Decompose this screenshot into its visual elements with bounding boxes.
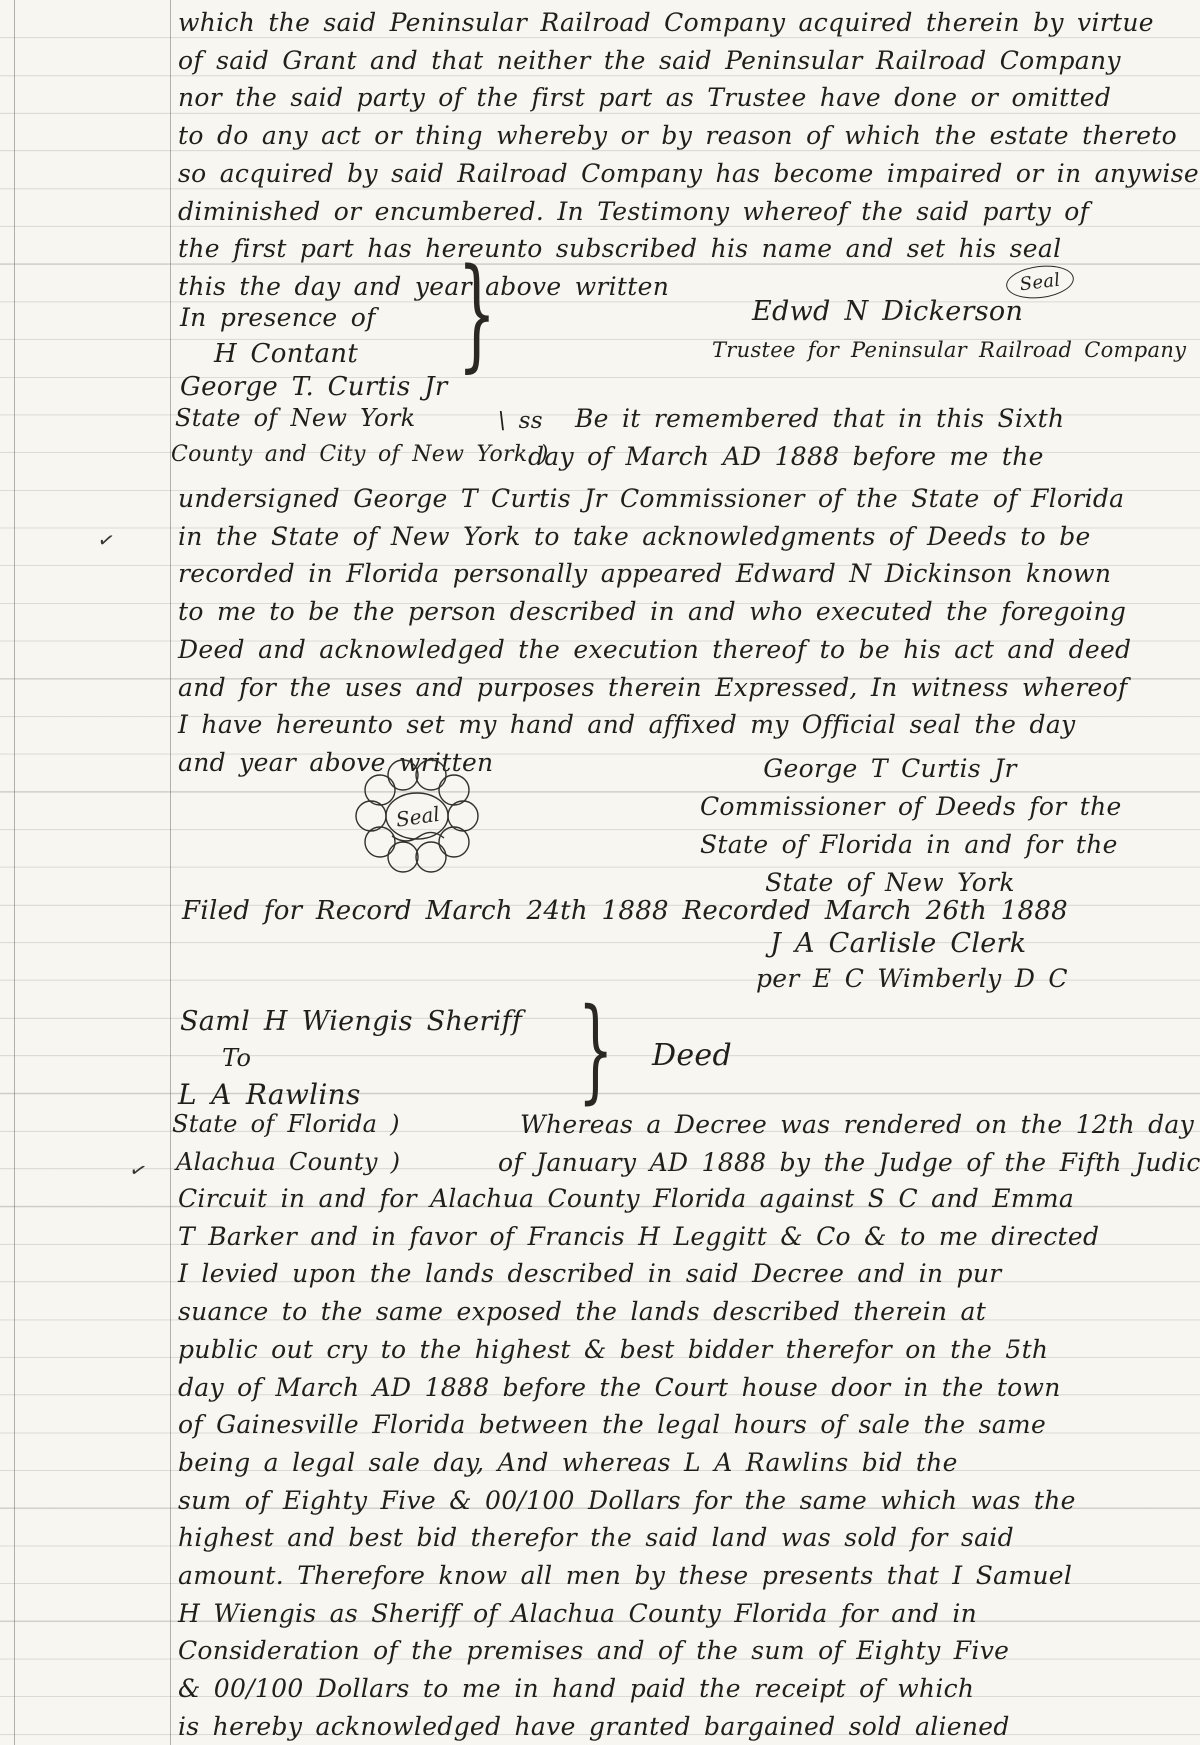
- handwritten-line: T Barker and in favor of Francis H Leggi…: [178, 1218, 1099, 1256]
- grantor-signature: Edwd N Dickerson: [752, 296, 1023, 327]
- handwritten-line: which the said Peninsular Railroad Compa…: [178, 4, 1199, 42]
- handwritten-line: nor the said party of the first part as …: [178, 79, 1199, 117]
- ack-venue-county: County and City of New York ): [171, 442, 549, 467]
- handwritten-line: I have hereunto set my hand and affixed …: [178, 706, 1131, 744]
- handwritten-line: & 00/100 Dollars to me in hand paid the …: [178, 1670, 1099, 1708]
- handwritten-line: diminished or encumbered. In Testimony w…: [178, 193, 1199, 231]
- margin-rule: [170, 0, 171, 1745]
- handwritten-line: suance to the same exposed the lands des…: [178, 1293, 1099, 1331]
- handwritten-line: the first part has hereunto subscribed h…: [178, 230, 1199, 268]
- ss-mark: \ ss: [498, 408, 543, 434]
- handwritten-line: so acquired by said Railroad Company has…: [178, 155, 1199, 193]
- deputy-clerk-signature: per E C Wimberly D C: [756, 964, 1068, 993]
- handwritten-line: of Gainesville Florida between the legal…: [178, 1406, 1099, 1444]
- handwritten-line: highest and best bid therefor the said l…: [178, 1519, 1099, 1557]
- witness-brace: }: [457, 252, 496, 374]
- handwritten-line: in the State of New York to take acknowl…: [178, 518, 1131, 556]
- commissioner-signature-block: George T Curtis JrCommissioner of Deeds …: [700, 750, 1080, 902]
- deed-grantor-name: Saml H Wiengis Sheriff: [180, 1006, 522, 1037]
- deed-record-page: ✓ ✓ which the said Peninsular Railroad C…: [0, 0, 1200, 1745]
- handwritten-line: Deed and acknowledged the execution ther…: [178, 631, 1131, 669]
- handwritten-line: Circuit in and for Alachua County Florid…: [178, 1180, 1099, 1218]
- ack-paragraph: undersigned George T Curtis Jr Commissio…: [178, 480, 1131, 782]
- handwritten-line: Consideration of the premises and of the…: [178, 1632, 1099, 1670]
- handwritten-line: undersigned George T Curtis Jr Commissio…: [178, 480, 1131, 518]
- deed-paragraph: Circuit in and for Alachua County Florid…: [178, 1180, 1099, 1745]
- deed-header-brace: }: [578, 994, 614, 1106]
- handwritten-line: is hereby acknowledged have granted barg…: [178, 1708, 1099, 1745]
- ack-text-line: day of March AD 1888 before me the: [528, 442, 1044, 471]
- witness-signature: George T. Curtis Jr: [180, 372, 448, 402]
- handwritten-line: recorded in Florida personally appeared …: [178, 555, 1131, 593]
- deed-grantee-name: L A Rawlins: [178, 1078, 361, 1111]
- notary-seal-label: Seal: [394, 802, 441, 832]
- filing-record-line: Filed for Record March 24th 1888 Recorde…: [182, 896, 1068, 926]
- handwritten-line: Commissioner of Deeds for the: [700, 788, 1080, 826]
- handwritten-line: public out cry to the highest & best bid…: [178, 1331, 1099, 1369]
- commissioner-signature-lines: George T Curtis JrCommissioner of Deeds …: [700, 750, 1080, 902]
- deed-venue-state: State of Florida ): [172, 1110, 400, 1138]
- deed-text-line: Whereas a Decree was rendered on the 12t…: [520, 1110, 1194, 1139]
- handwritten-line: George T Curtis Jr: [700, 750, 1080, 788]
- ack-text-line: Be it remembered that in this Sixth: [575, 404, 1064, 433]
- handwritten-line: H Wiengis as Sheriff of Alachua County F…: [178, 1595, 1099, 1633]
- handwritten-line: to me to be the person described in and …: [178, 593, 1131, 631]
- in-presence-label: In presence of: [180, 303, 376, 332]
- page-edge-rule: [14, 0, 15, 1745]
- seal-label: Seal: [1019, 269, 1062, 295]
- closing-paragraph: which the said Peninsular Railroad Compa…: [178, 4, 1199, 306]
- clerk-signature: J A Carlisle Clerk: [770, 928, 1026, 959]
- handwritten-line: sum of Eighty Five & 00/100 Dollars for …: [178, 1482, 1099, 1520]
- handwritten-line: day of March AD 1888 before the Court ho…: [178, 1369, 1099, 1407]
- notary-seal-flourish: Seal: [350, 752, 490, 884]
- grantor-title: Trustee for Peninsular Railroad Company: [712, 338, 1186, 362]
- handwritten-line: to do any act or thing whereby or by rea…: [178, 117, 1199, 155]
- deed-venue-county: Alachua County ): [176, 1148, 400, 1176]
- deed-doc-type-label: Deed: [652, 1038, 732, 1073]
- margin-check-mark: ✓: [96, 527, 117, 554]
- witness-signature: H Contant: [214, 339, 358, 369]
- handwritten-line: being a legal sale day, And whereas L A …: [178, 1444, 1099, 1482]
- deed-to-label: To: [222, 1044, 251, 1072]
- margin-check-mark: ✓: [127, 1156, 150, 1184]
- handwritten-line: of said Grant and that neither the said …: [178, 42, 1199, 80]
- deed-text-line: of January AD 1888 by the Judge of the F…: [498, 1148, 1200, 1177]
- handwritten-line: and for the uses and purposes therein Ex…: [178, 669, 1131, 707]
- handwritten-line: I levied upon the lands described in sai…: [178, 1255, 1099, 1293]
- handwritten-line: amount. Therefore know all men by these …: [178, 1557, 1099, 1595]
- ack-venue-state: State of New York: [175, 404, 416, 432]
- handwritten-line: State of Florida in and for the: [700, 826, 1080, 864]
